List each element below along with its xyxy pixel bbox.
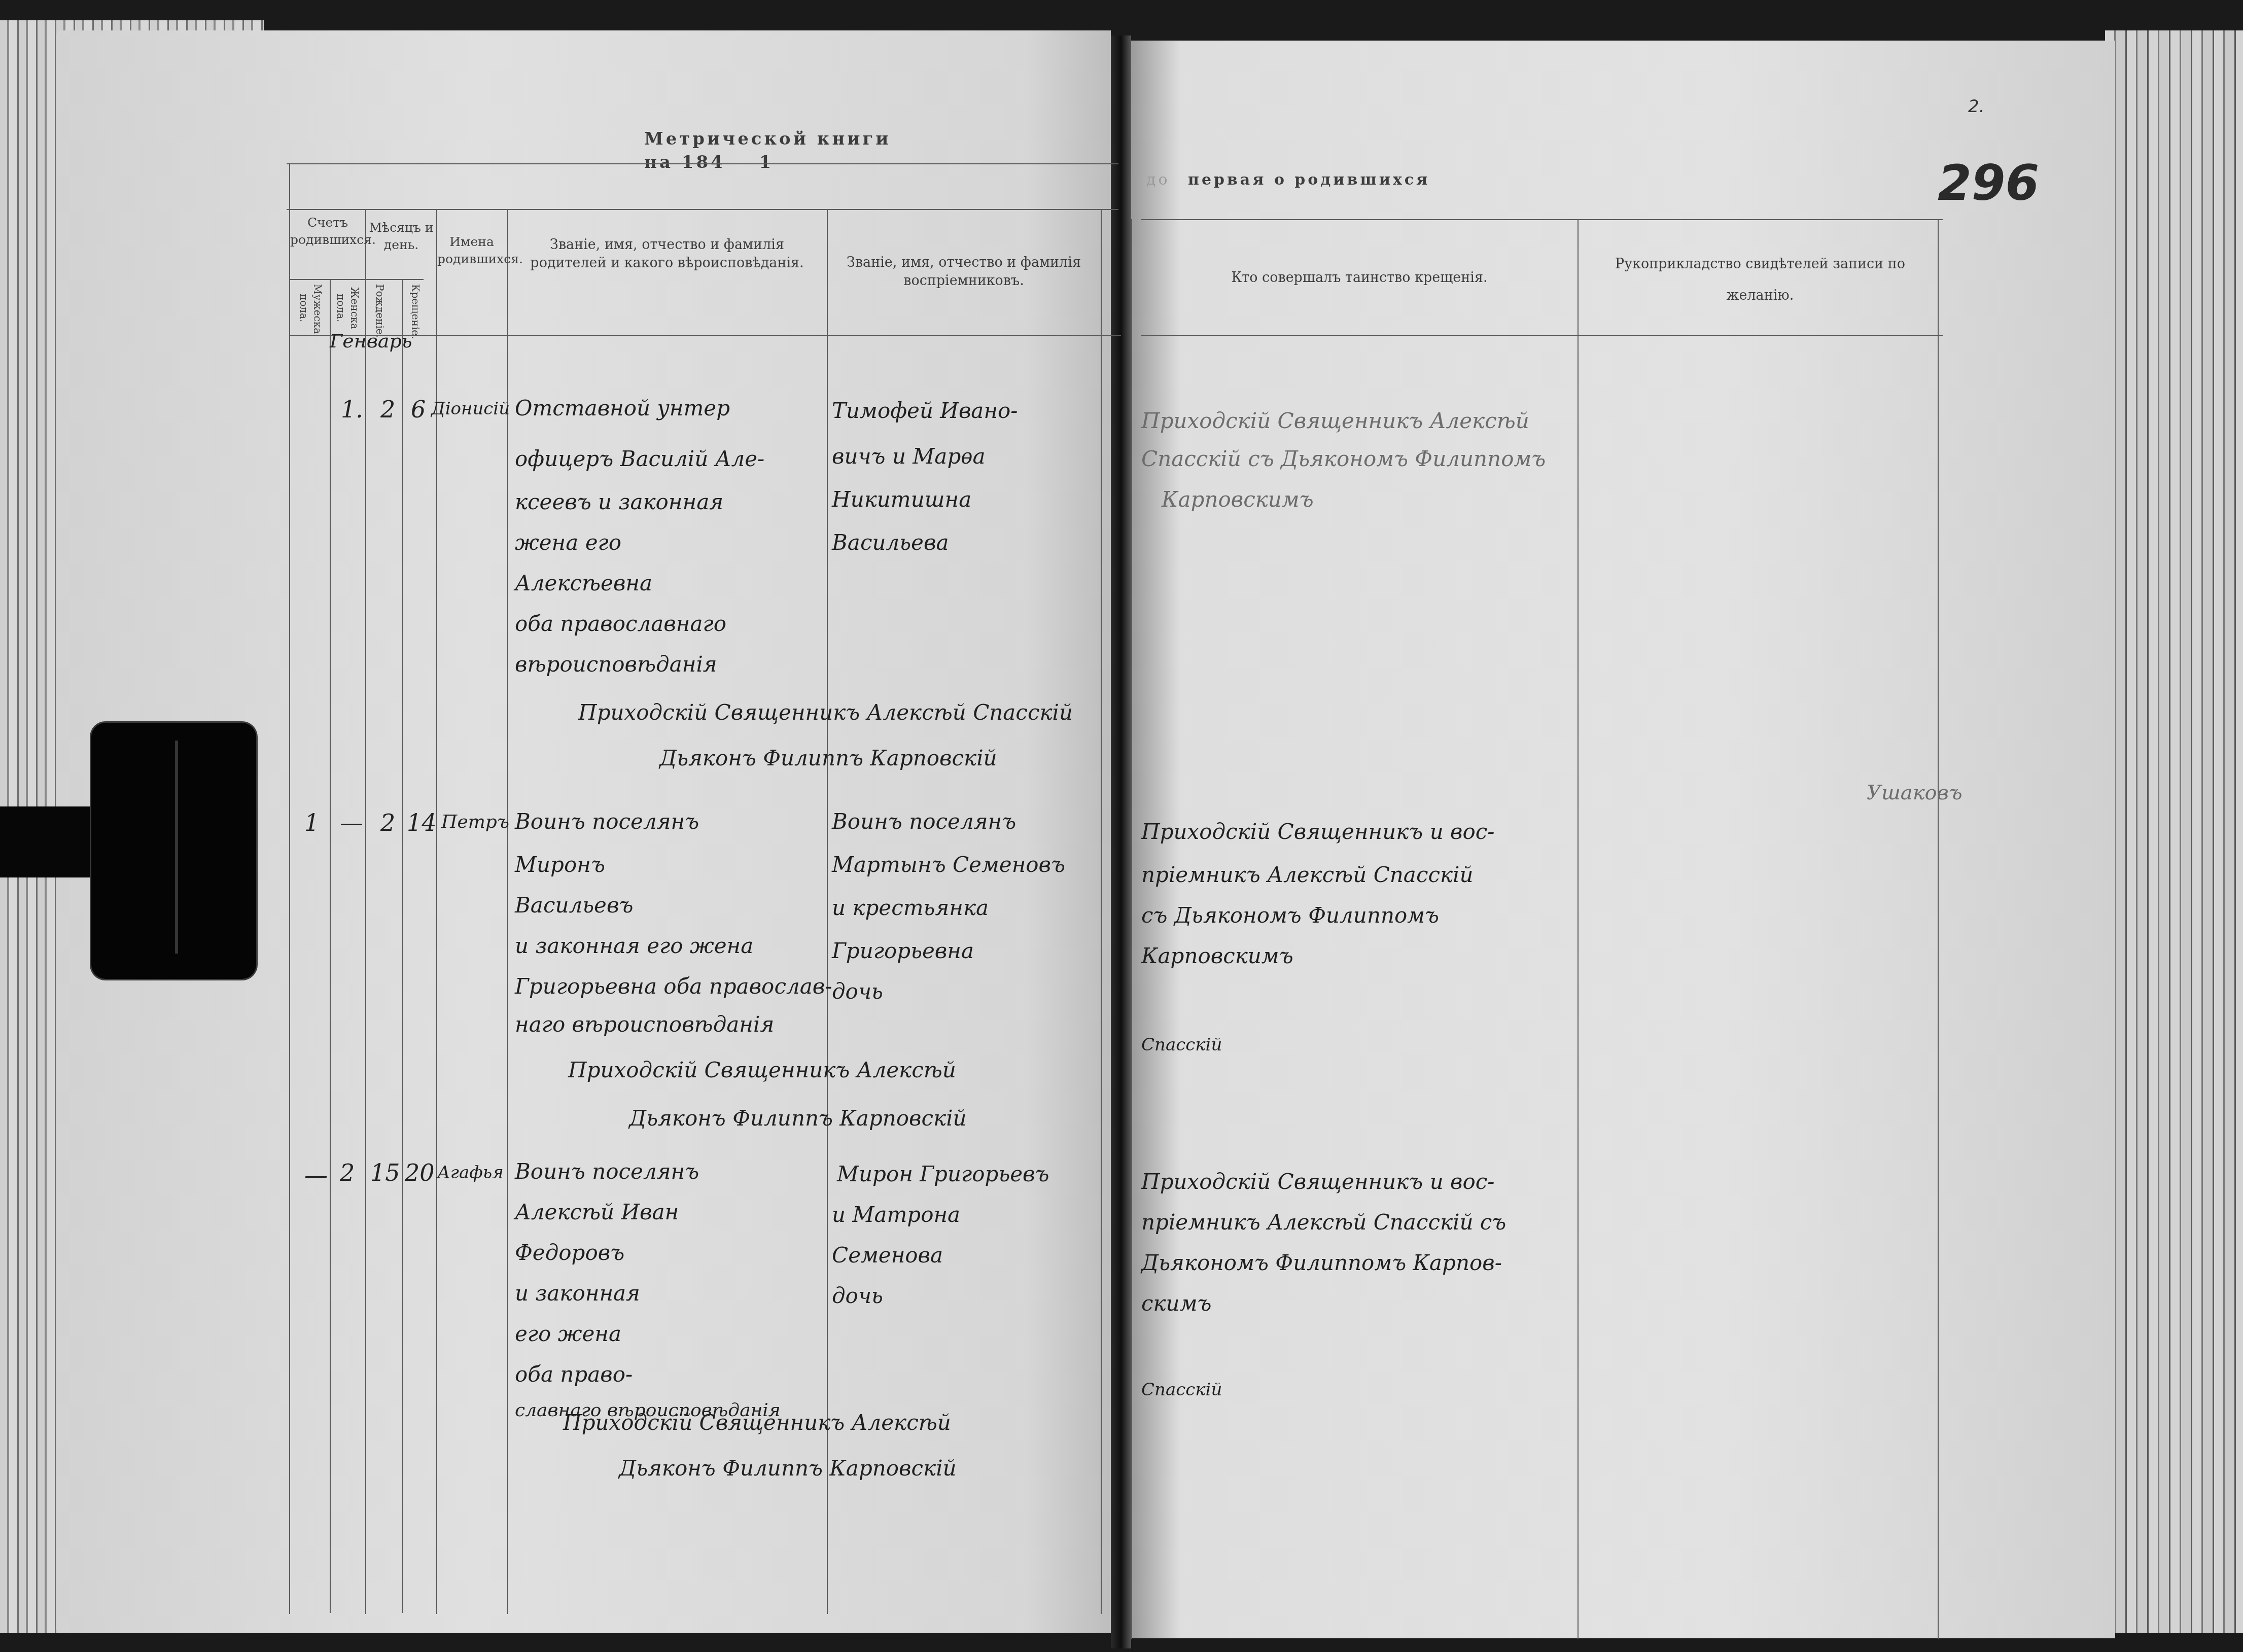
entry-parents-line: Федоровъ [515, 1240, 624, 1265]
officiant-line: Карповскимъ [1162, 487, 1314, 512]
officiant-line: Дьякономъ Филиппомъ Карпов- [1141, 1250, 1502, 1275]
binder-clip-arm [0, 806, 101, 877]
table-right-border [1101, 209, 1102, 1614]
officiant-line: Карповскимъ [1141, 943, 1293, 968]
entry-child-name: Діонисій [431, 399, 510, 419]
entry-parents-line: Григорьевна оба православ- [515, 974, 832, 999]
entry-birth-day: 15 [370, 1159, 400, 1186]
header-godparents: Званіе, имя, отчество и фамилія воспріем… [832, 254, 1096, 291]
entry-parents-line: Васильевъ [515, 893, 633, 918]
deacon-signature: Дьяконъ Филиппъ Карповскій [619, 1456, 957, 1481]
col-divider [436, 209, 437, 1614]
entry-child-name: Агафья [437, 1163, 504, 1183]
margin-signature: Ушаковъ [1867, 781, 1962, 804]
entry-parents-line: оба право- [515, 1362, 633, 1387]
officiant-line: пріемникъ Алексѣй Спасскій [1141, 862, 1474, 887]
binder-clip [91, 723, 256, 979]
title-suffix: 1 [759, 152, 774, 172]
table-right-border [1938, 219, 1939, 1639]
deacon-signature: Дьяконъ Филиппъ Карповскій [629, 1106, 967, 1131]
entry-female-count: 1. [341, 396, 363, 423]
entry-parents-line: Алексѣевна [515, 571, 652, 595]
col-divider [365, 209, 366, 1614]
entry-godparents-line: Григорьевна [832, 938, 974, 963]
entry-parents-line: Отставной унтер [515, 396, 730, 420]
header-count-male: Мужеска пола. [297, 284, 324, 332]
entry-baptism-day: 20 [405, 1159, 435, 1186]
table-top-border [1141, 219, 1943, 220]
officiant-line: скимъ [1141, 1291, 1211, 1316]
right-page: до первая о родившихся 2. 296 Кто соверш… [1131, 41, 2115, 1638]
page-stack-right [2105, 30, 2243, 1633]
entry-godparents-line: вичъ и Марѳа [832, 444, 986, 469]
officiant-line: Приходскій Священникъ и вос- [1141, 819, 1495, 844]
count-subheader-divider [289, 279, 424, 280]
priest-signature: Приходскій Священникъ Алексѣй Спасскій [578, 700, 1073, 725]
entry-male-count: 1 [304, 809, 319, 836]
entry-godparents-line: Васильева [832, 530, 949, 555]
officiant-line: пріемникъ Алексѣй Спасскій съ [1141, 1210, 1506, 1235]
entry-male-count: — [304, 1162, 328, 1189]
entry-parents-line: Алексѣй Иван [515, 1200, 679, 1224]
officiant-line: Приходскій Священникъ Алексѣй [1141, 408, 1529, 433]
entry-female-count: 2 [340, 1159, 355, 1186]
entry-parents-line: вѣроисповѣданія [515, 652, 717, 677]
entry-parents-line: ксеевъ и законная [515, 489, 723, 514]
col-divider [1578, 219, 1579, 1639]
entry-parents-line: жена его [515, 530, 621, 555]
header-witness: Рукоприкладство свидѣтелей записи по жел… [1585, 249, 1935, 311]
header-count-female: Женска пола. [334, 284, 361, 332]
entry-godparents-line: Мирон Григорьевъ [837, 1162, 1049, 1186]
entry-godparents-line: Тимофей Ивано- [832, 398, 1018, 423]
entry-godparents-line: дочь [832, 1283, 883, 1308]
entry-godparents-line: Семенова [832, 1243, 943, 1268]
officiant-note: Спасскій [1141, 1035, 1222, 1055]
header-names: Имена родившихся. [437, 233, 506, 268]
officiant-line: Спасскій съ Дьякономъ Филиппомъ [1141, 446, 1546, 471]
col-divider [507, 209, 508, 1614]
left-page-title: Метрической книги на 184 1 [644, 128, 928, 174]
entry-godparents-line: дочь [832, 979, 883, 1004]
officiant-line: съ Дьякономъ Филиппомъ [1141, 903, 1439, 928]
deacon-signature: Дьяконъ Филиппъ Карповскій [659, 746, 997, 770]
entry-parents-line: оба православнаго [515, 611, 726, 636]
table-left-border [289, 163, 290, 1614]
entry-baptism-day: 14 [407, 809, 437, 836]
priest-signature: Приходскій Священникъ Алексѣй [563, 1410, 951, 1435]
entry-parents-line: офицеръ Василій Але- [515, 446, 764, 471]
entry-godparents-line: Никитишна [832, 487, 971, 512]
entry-parents-line: наго вѣроисповѣданія [515, 1012, 774, 1037]
entry-parents-line: Воинъ поселянъ [515, 809, 699, 834]
folio-number: 296 [1938, 155, 2039, 212]
entry-birth-day: 2 [380, 396, 395, 423]
entry-child-name: Петръ [441, 812, 509, 832]
table-top-border [287, 163, 1118, 164]
priest-signature: Приходскій Священникъ Алексѣй [568, 1058, 956, 1082]
header-bottom-border [1141, 335, 1943, 336]
entry-female-count: — [340, 809, 363, 836]
entry-parents-line: Миронъ [515, 852, 605, 877]
entry-parents-line: и законная его жена [515, 933, 753, 958]
entry-godparents-line: Воинъ поселянъ [832, 809, 1016, 834]
col-divider [827, 209, 828, 1614]
entry-birth-day: 2 [380, 809, 395, 836]
entry-godparents-line: Мартынъ Семеновъ [832, 852, 1065, 877]
title-text: первая о родившихся [1188, 171, 1430, 189]
entry-parents-line: и законная [515, 1281, 640, 1306]
header-date-baptism: Крещеніе. [408, 284, 422, 332]
col-divider [330, 279, 331, 1613]
header-parents: Званіе, имя, отчество и фамилія родителе… [512, 236, 822, 273]
folio-small: 2. [1968, 96, 1984, 117]
entry-godparents-line: и Матрона [832, 1202, 960, 1227]
header-date: Мѣсяцъ и день. [366, 219, 436, 254]
header-date-birth: Рожденіе. [373, 284, 387, 332]
month-label: Генварь [330, 330, 412, 352]
header-count: Счетъ родившихся. [290, 214, 365, 249]
header-top-border [287, 209, 1118, 210]
entry-baptism-day: 6 [411, 396, 426, 423]
officiant-note: Спасскій [1141, 1380, 1222, 1400]
right-page-title: до первая о родившихся [1146, 170, 1552, 191]
entry-parents-line: Воинъ поселянъ [515, 1159, 699, 1184]
officiant-line: Приходскій Священникъ и вос- [1141, 1169, 1495, 1194]
book-gutter [1111, 36, 1131, 1648]
entry-godparents-line: и крестьянка [832, 895, 989, 920]
title-prefix: до [1146, 171, 1170, 189]
header-officiant: Кто совершалъ таинство крещенія. [1141, 269, 1578, 287]
entry-parents-line: его жена [515, 1321, 621, 1346]
col-divider [402, 279, 403, 1613]
binder-clip-highlight [175, 741, 178, 954]
table-left-border [1131, 219, 1132, 1639]
